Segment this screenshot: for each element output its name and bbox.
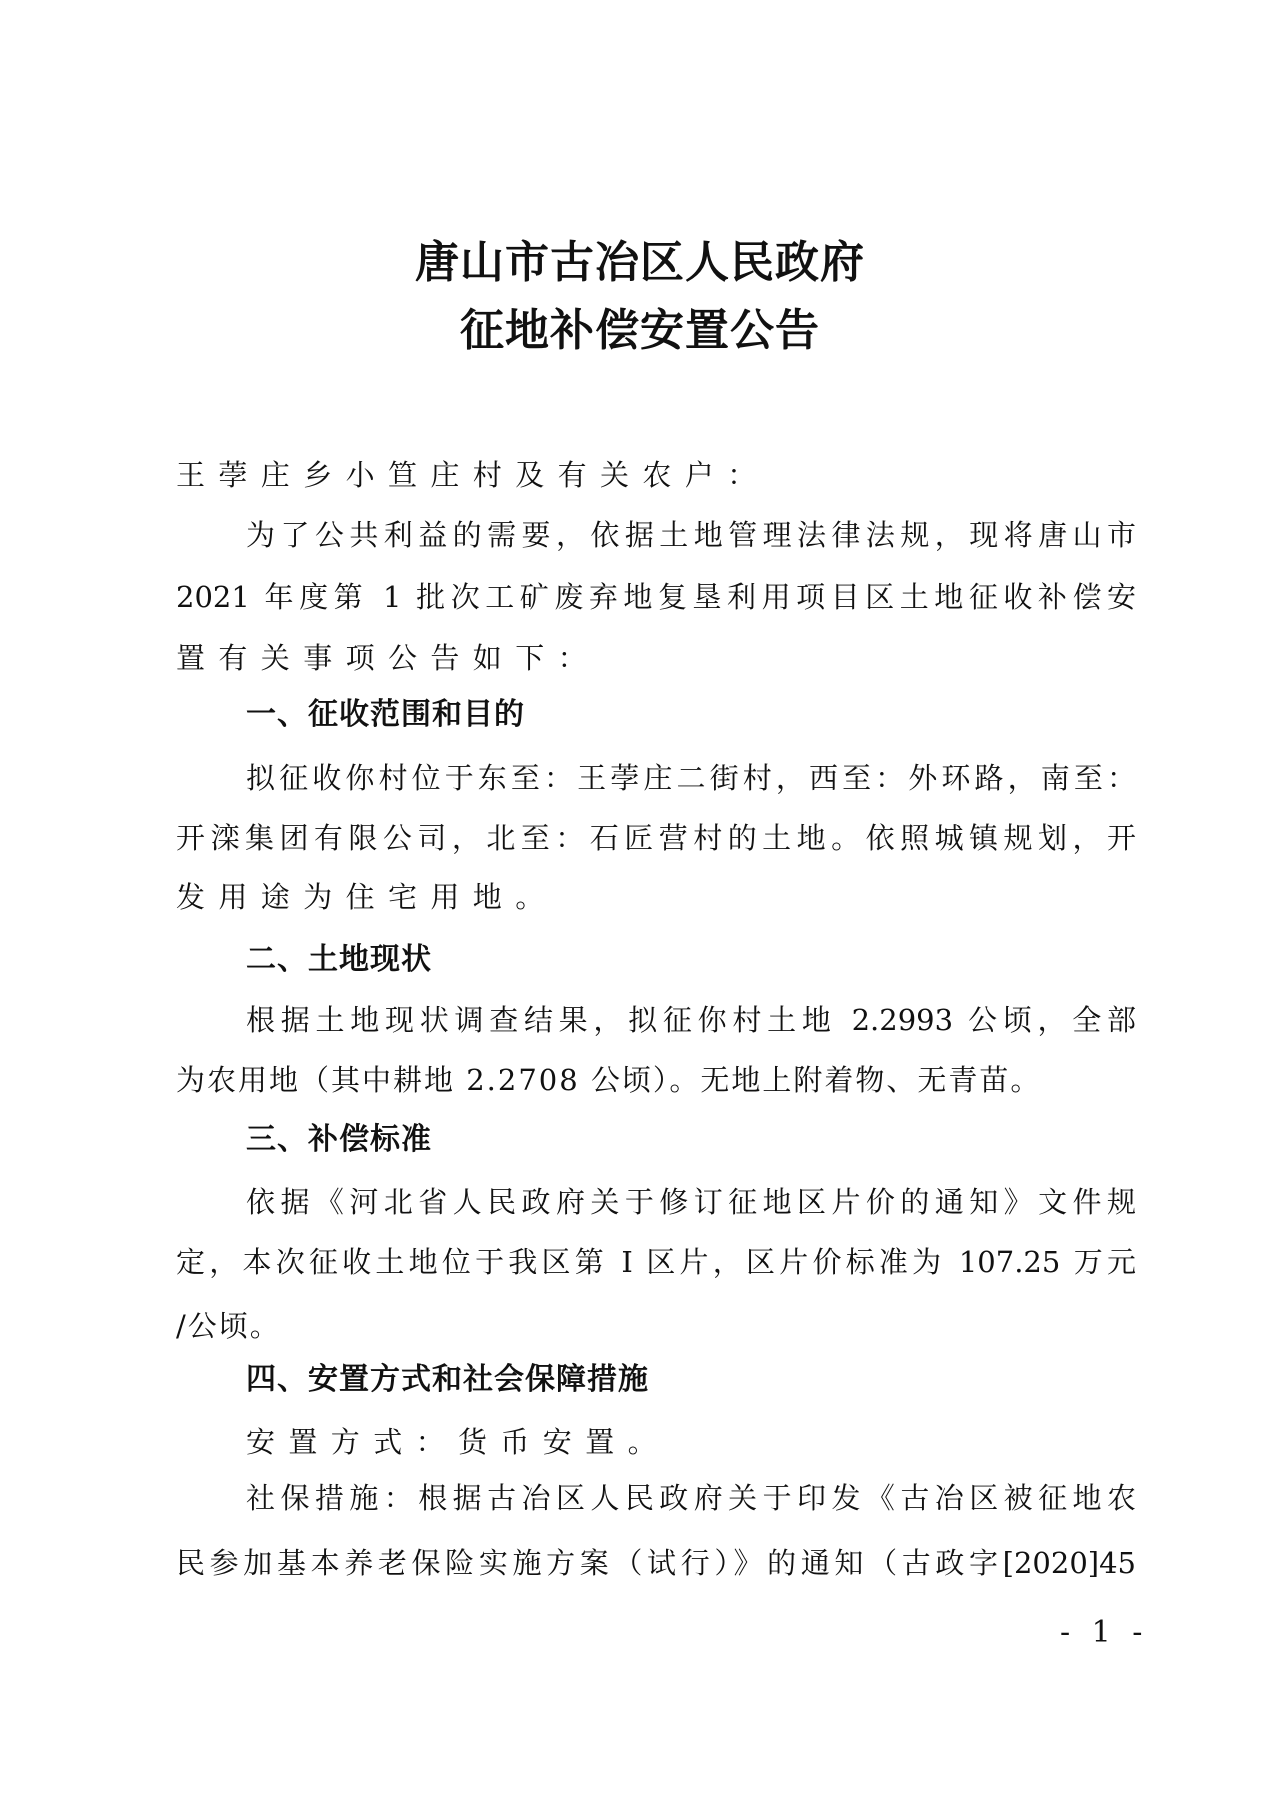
section-1-heading: 一、征收范围和目的 [246,695,525,735]
section-3-line-1: 依据《河北省人民政府关于修订征地区片价的通知》文件规 [246,1182,1136,1222]
salutation: 王荸庄乡小笪庄村及有关农户： [176,455,770,495]
section-3-line-3: /公顷。 [176,1306,281,1346]
section-4-line-1: 安置方式：货币安置。 [246,1422,670,1462]
section-4-line-3: 民参加基本养老保险实施方案（试行）》的通知（古政字[2020]45 [176,1543,1136,1583]
section-2-heading: 二、土地现状 [246,940,432,980]
document-title-line-1: 唐山市古冶区人民政府 [0,243,1280,283]
section-1-line-2: 开滦集团有限公司，北至：石匠营村的土地。依照城镇规划，开 [176,818,1136,858]
document-title-line-2: 征地补偿安置公告 [0,311,1280,351]
section-1-line-1: 拟征收你村位于东至：王荸庄二街村，西至：外环路，南至： [246,758,1136,798]
section-4-heading: 四、安置方式和社会保障措施 [246,1360,649,1400]
section-3-heading: 三、补偿标准 [246,1120,432,1160]
intro-line-2: 2021 年度第 1 批次工矿废弃地复垦利用项目区土地征收补偿安 [176,577,1136,617]
intro-line-3: 置有关事项公告如下： [176,638,600,678]
section-2-line-2: 为农用地（其中耕地 2.2708 公顷）。无地上附着物、无青苗。 [176,1060,1041,1100]
section-1-line-3: 发用途为住宅用地。 [176,877,558,917]
section-4-line-2: 社保措施：根据古冶区人民政府关于印发《古冶区被征地农 [246,1478,1136,1518]
intro-line-1: 为了公共利益的需要，依据土地管理法律法规，现将唐山市 [246,515,1136,555]
section-3-line-2: 定，本次征收土地位于我区第 I 区片，区片价标准为 107.25 万元 [176,1242,1136,1282]
section-2-line-1: 根据土地现状调查结果，拟征你村土地 2.2993 公顷，全部 [246,1000,1136,1040]
page-number: - 1 - [1060,1613,1148,1653]
